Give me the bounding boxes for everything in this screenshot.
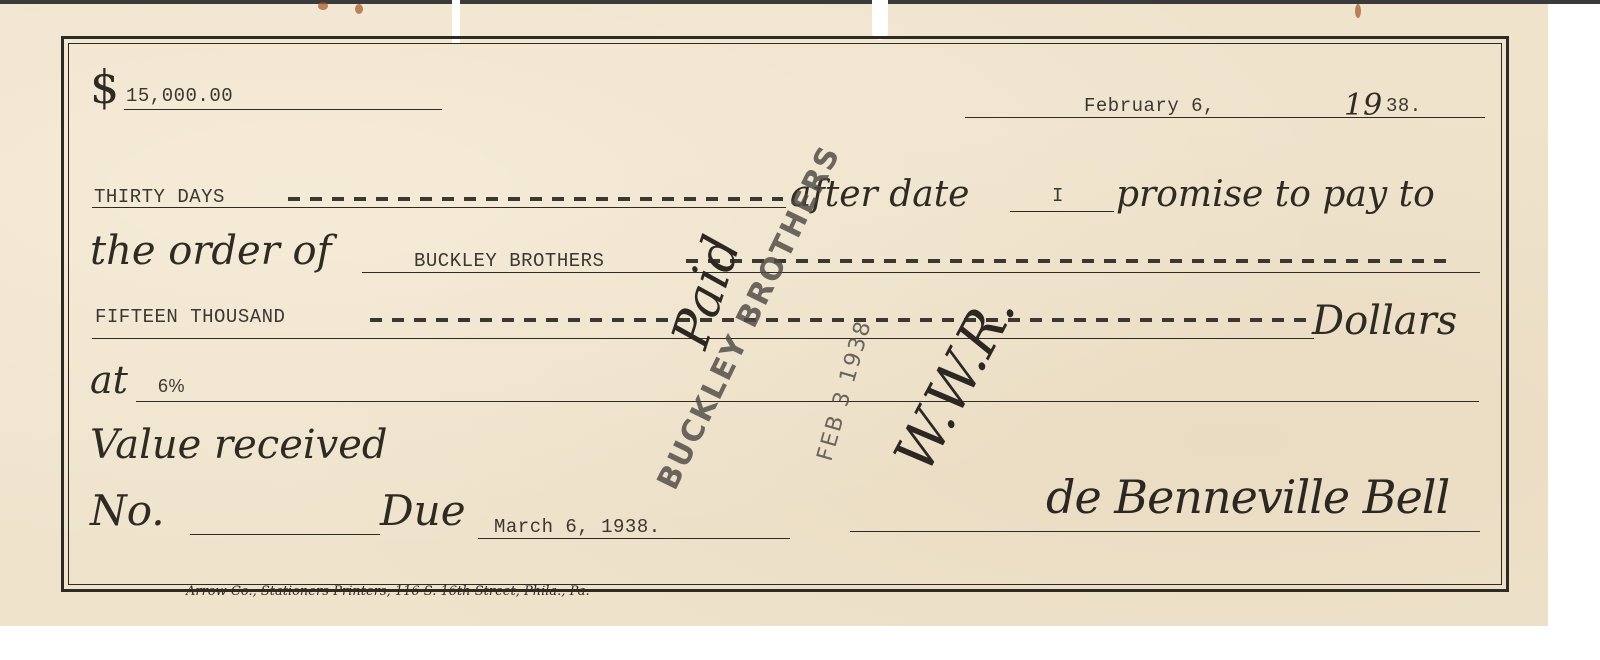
year-prefix: 19 <box>1344 88 1382 123</box>
payee-line <box>362 272 1480 273</box>
fill-dashes <box>370 318 1308 322</box>
number-label: No. <box>90 486 165 535</box>
amount-value: 15,000.00 <box>126 85 233 107</box>
signature: de Benneville Bell <box>1046 470 1449 524</box>
interest-rate-value: 6% <box>158 376 185 397</box>
pronoun-value: I <box>1052 185 1064 207</box>
dollars-label: Dollars <box>1312 298 1457 344</box>
fill-dashes <box>288 197 783 201</box>
number-line <box>190 534 380 535</box>
amount-words-value: FIFTEEN THOUSAND <box>95 306 285 328</box>
rust-stain <box>318 2 328 10</box>
due-label: Due <box>380 486 466 535</box>
fill-dashes <box>686 259 1454 263</box>
paper-tear <box>872 0 888 40</box>
year-suffix: 38. <box>1386 95 1422 117</box>
promise-label: promise to pay to <box>1116 174 1435 215</box>
due-date-line <box>478 538 790 539</box>
term-value: THIRTY DAYS <box>94 186 225 208</box>
pronoun-line <box>1010 211 1114 212</box>
value-received-label: Value received <box>90 422 388 468</box>
signature-line <box>850 531 1480 532</box>
date-value: February 6, <box>1084 95 1215 117</box>
term-line <box>92 207 786 208</box>
payee-value: BUCKLEY BROTHERS <box>414 250 604 272</box>
printer-footer: Arrow Co., Stationers-Printers, 116 S. 1… <box>186 584 590 599</box>
order-of-label: the order of <box>90 228 331 274</box>
dollar-sign: $ <box>90 60 119 114</box>
rust-stain <box>355 4 363 14</box>
rust-stain <box>1355 4 1361 18</box>
interest-line <box>136 401 1479 402</box>
due-date-value: March 6, 1938. <box>494 516 661 538</box>
amount-line <box>124 109 442 110</box>
at-label: at <box>90 358 128 402</box>
date-line <box>965 117 1485 118</box>
